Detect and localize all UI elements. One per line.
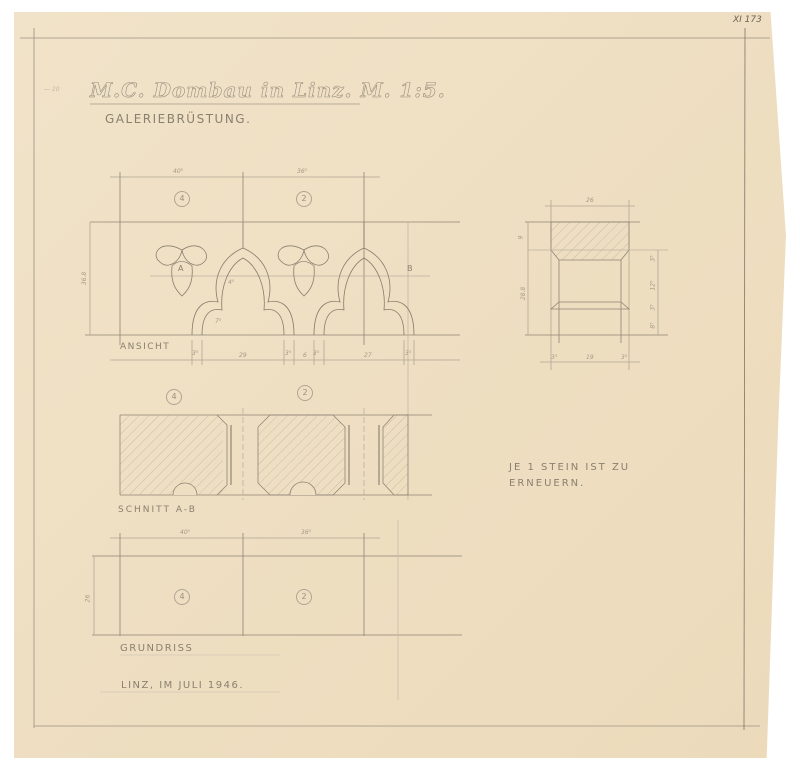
elev-bottom-dim-2: 29: [239, 352, 247, 359]
profile-left-dim-1: 9: [517, 236, 524, 240]
date-place: LINZ, IM JULI 1946.: [121, 680, 244, 691]
elev-bottom-dim-4: 6: [303, 352, 307, 359]
profile-bottom-dim-3: 3⁵: [621, 354, 627, 361]
elevation-label: ANSICHT: [120, 342, 170, 352]
section-label: SCHNITT A-B: [118, 505, 197, 515]
section-point-b: B: [407, 264, 413, 273]
stone-number-plan-2: 2: [296, 589, 312, 605]
elev-bottom-dim-1: 3⁵: [192, 350, 198, 357]
section-point-a: A: [178, 264, 183, 273]
elev-bottom-dim-7: 3⁵: [405, 350, 411, 357]
document-header: M.C. Dombau in Linz. M. 1:5.: [90, 78, 446, 102]
profile-left-dim-2: 28.8: [520, 287, 527, 300]
stone-number-plan-1: 4: [174, 589, 190, 605]
profile-top-dim: 26: [586, 197, 594, 204]
profile-right-dim-3: 3⁵: [650, 304, 657, 310]
profile-right-dim-4: 8⁵: [650, 322, 657, 328]
plan-top-dim-1: 40⁵: [180, 529, 190, 536]
elev-bottom-dim-6: 27: [364, 352, 372, 359]
stone-number-row2-2: 2: [297, 385, 313, 401]
plan-label: GRUNDRISS: [120, 643, 193, 654]
radius-mark-1: 4⁵: [228, 279, 234, 286]
profile-bottom-dim-1: 3⁵: [551, 354, 557, 361]
profile-bottom-dim-2: 19: [586, 354, 594, 361]
elev-bottom-dim-3: 3⁵: [285, 350, 291, 357]
note-line-2: ERNEUERN.: [509, 476, 630, 492]
plan-left-dim: 26: [84, 595, 91, 603]
stone-number-row2-1: 4: [166, 389, 182, 405]
drawing-subtitle: GALERIEBRÜSTUNG.: [105, 112, 251, 126]
elev-bottom-dim-5: 3⁵: [313, 350, 319, 357]
archive-mark: XI 173: [733, 15, 762, 25]
profile-right-dim-2: 12⁵: [650, 280, 657, 290]
plan-top-dim-2: 36⁰: [301, 529, 311, 536]
elevation-top-dim-1: 40⁵: [173, 168, 183, 175]
stone-number-elev-1: 4: [174, 191, 190, 207]
stone-number-elev-2: 2: [296, 191, 312, 207]
elevation-left-dim: 36.8: [81, 272, 88, 285]
elevation-top-dim-2: 36⁰: [297, 168, 307, 175]
pencil-note: — 20: [44, 86, 60, 93]
profile-right-dim-1: 3⁵: [650, 255, 657, 261]
note-line-1: JE 1 STEIN IST ZU: [509, 460, 630, 476]
radius-mark-2: 7⁵: [215, 318, 221, 325]
replacement-note: JE 1 STEIN IST ZU ERNEUERN.: [509, 460, 630, 492]
